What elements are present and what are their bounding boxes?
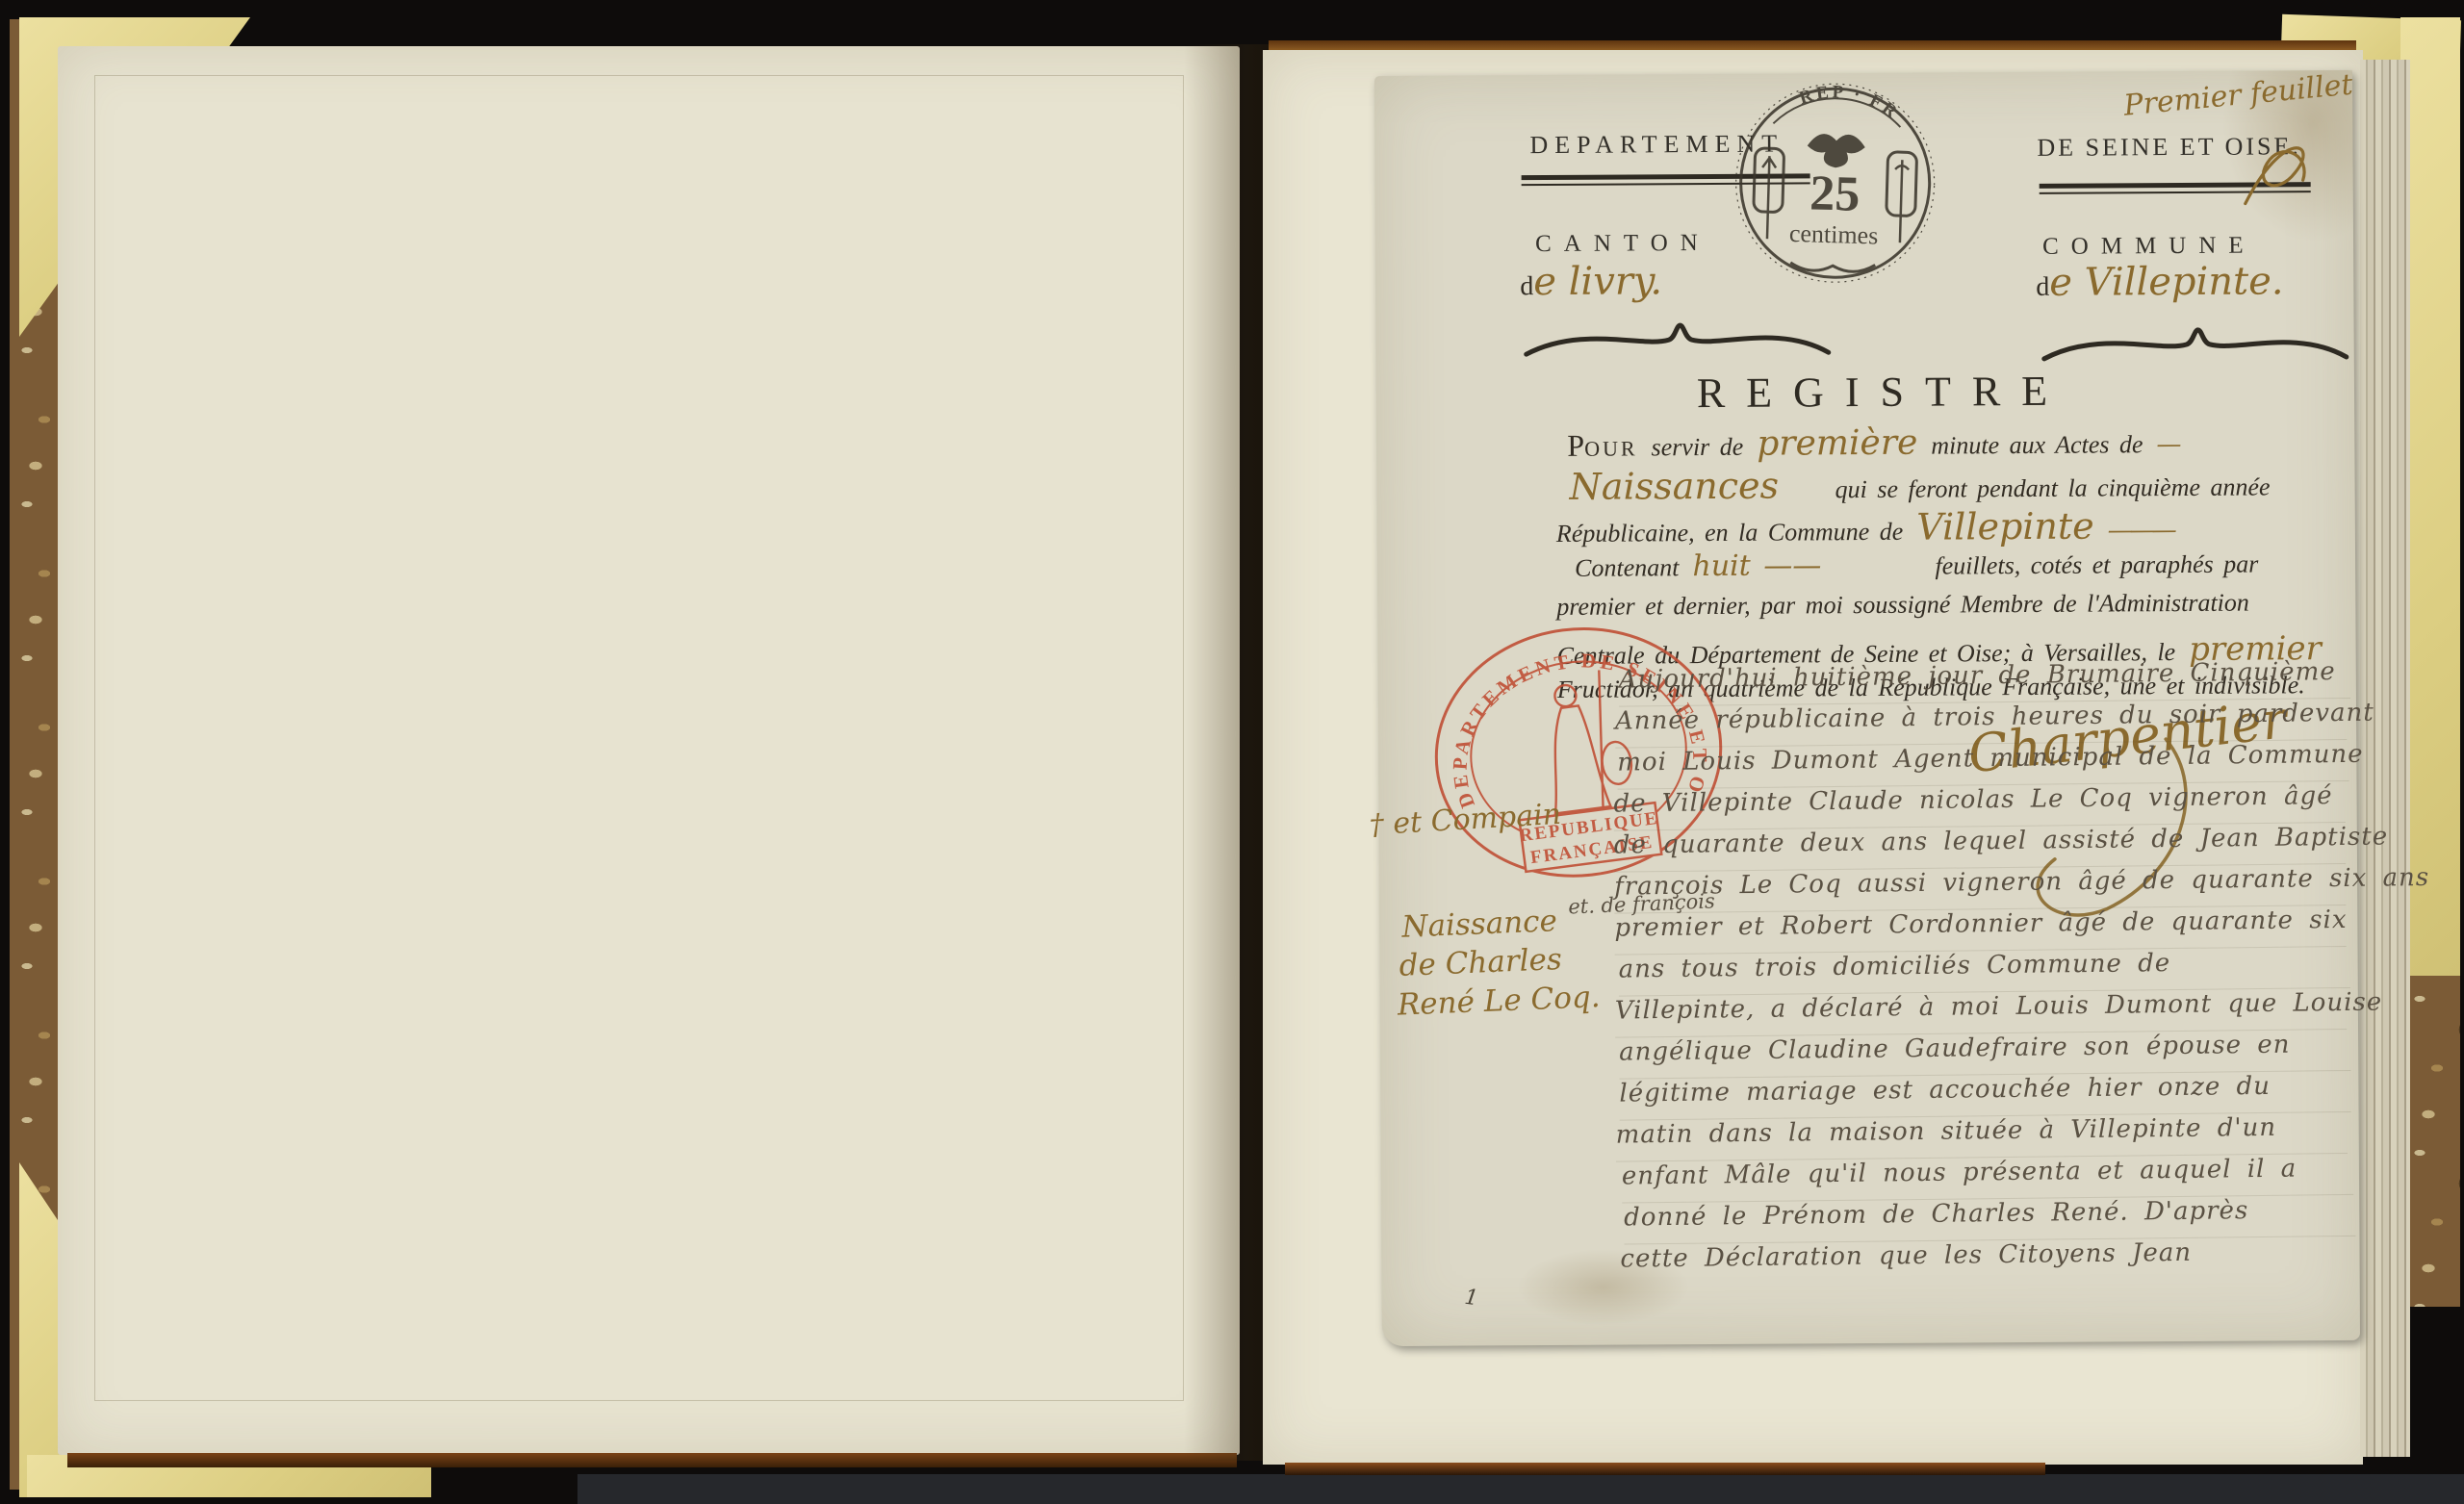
canton-entry: de livry. xyxy=(1520,259,1662,304)
margin-note-line1: Naissance xyxy=(1401,904,1558,945)
form-line1-pour: POUR xyxy=(1567,427,1637,463)
form-line2-print: qui se feront pendant la cinquième année xyxy=(1835,472,2271,504)
manuscript-line: cette Déclaration que les Citoyens Jean xyxy=(1620,1236,2351,1286)
margin-note-line2: de Charles xyxy=(1399,942,1563,983)
form-line3-handwritten: Villepinte xyxy=(1916,505,2094,548)
swash-bracket-left-icon xyxy=(1519,316,1836,364)
form-line1-dash: — xyxy=(2156,430,2179,459)
form-line-3: Républicaine, en la Commune de Villepint… xyxy=(1556,504,2174,550)
form-line-2: Naissances qui se feront pendant la cinq… xyxy=(1569,461,2270,507)
canton-value-handwritten: e livry. xyxy=(1533,259,1662,304)
commune-value-handwritten: e Villepinte. xyxy=(2049,259,2284,304)
canton-label: CANTON xyxy=(1535,230,1710,258)
tax-stamp-value: 25 xyxy=(1809,166,1861,221)
eagle-icon xyxy=(1807,134,1865,168)
pour-smallcaps: OUR xyxy=(1584,436,1638,460)
photo-background-floor xyxy=(577,1474,2464,1504)
register-document-sheet: DEPARTEMENT DE SEINE ET OISE. Premier fe… xyxy=(1374,70,2360,1346)
form-line3-dash: ——— xyxy=(2108,516,2174,545)
form-line3-print: Républicaine, en la Commune de xyxy=(1556,518,1904,548)
paraph-flourish-icon xyxy=(2227,120,2324,217)
scanned-register-photograph: DEPARTEMENT DE SEINE ET OISE. Premier fe… xyxy=(0,0,2464,1504)
swash-bracket-right-icon xyxy=(2037,320,2354,369)
commune-entry: de Villepinte. xyxy=(2036,259,2284,305)
register-title: REGISTRE xyxy=(1652,366,2114,418)
tax-stamp-unit: centimes xyxy=(1789,219,1879,250)
form-line4-handwritten: huit —— xyxy=(1692,548,1921,583)
canton-prefix: d xyxy=(1520,271,1533,301)
right-cover-marbled-edge xyxy=(2402,976,2460,1307)
drop-cap-p: P xyxy=(1567,428,1584,463)
form-line1-print1: servir de xyxy=(1652,433,1744,463)
right-page-top-board-edge xyxy=(1269,40,2356,50)
commune-label: COMMUNE xyxy=(2042,233,2256,261)
form-line4-print2: feuillets, cotés et paraphés par xyxy=(1935,550,2258,581)
form-line4-print1: Contenant xyxy=(1575,553,1680,583)
form-line-1: POUR servir de première minute aux Actes… xyxy=(1567,421,2179,465)
folio-number: 1 xyxy=(1463,1286,1479,1312)
premier-feuillet-annotation: Premier feuillet xyxy=(2122,68,2354,123)
left-page-plate-mark xyxy=(94,75,1184,1401)
fasces-left-icon xyxy=(1760,156,1776,239)
commune-prefix: d xyxy=(2036,272,2049,302)
form-line1-handwritten: première xyxy=(1757,423,1917,464)
form-line1-print2: minute aux Actes de xyxy=(1931,430,2143,460)
left-page-bottom-edge xyxy=(67,1453,1237,1467)
form-line-4: Contenant huit —— feuillets, cotés et pa… xyxy=(1575,547,2258,584)
fasces-right-icon xyxy=(1893,160,1909,242)
right-page-bottom-edge xyxy=(1285,1463,2045,1475)
right-page-fore-edge-stack xyxy=(2360,60,2410,1457)
tax-stamp-25-centimes: REP · FRA. 25 centimes xyxy=(1724,72,1945,293)
form-line2-handwritten: Naissances xyxy=(1569,464,1821,508)
margin-note-line3: René Le Coq. xyxy=(1397,980,1601,1023)
